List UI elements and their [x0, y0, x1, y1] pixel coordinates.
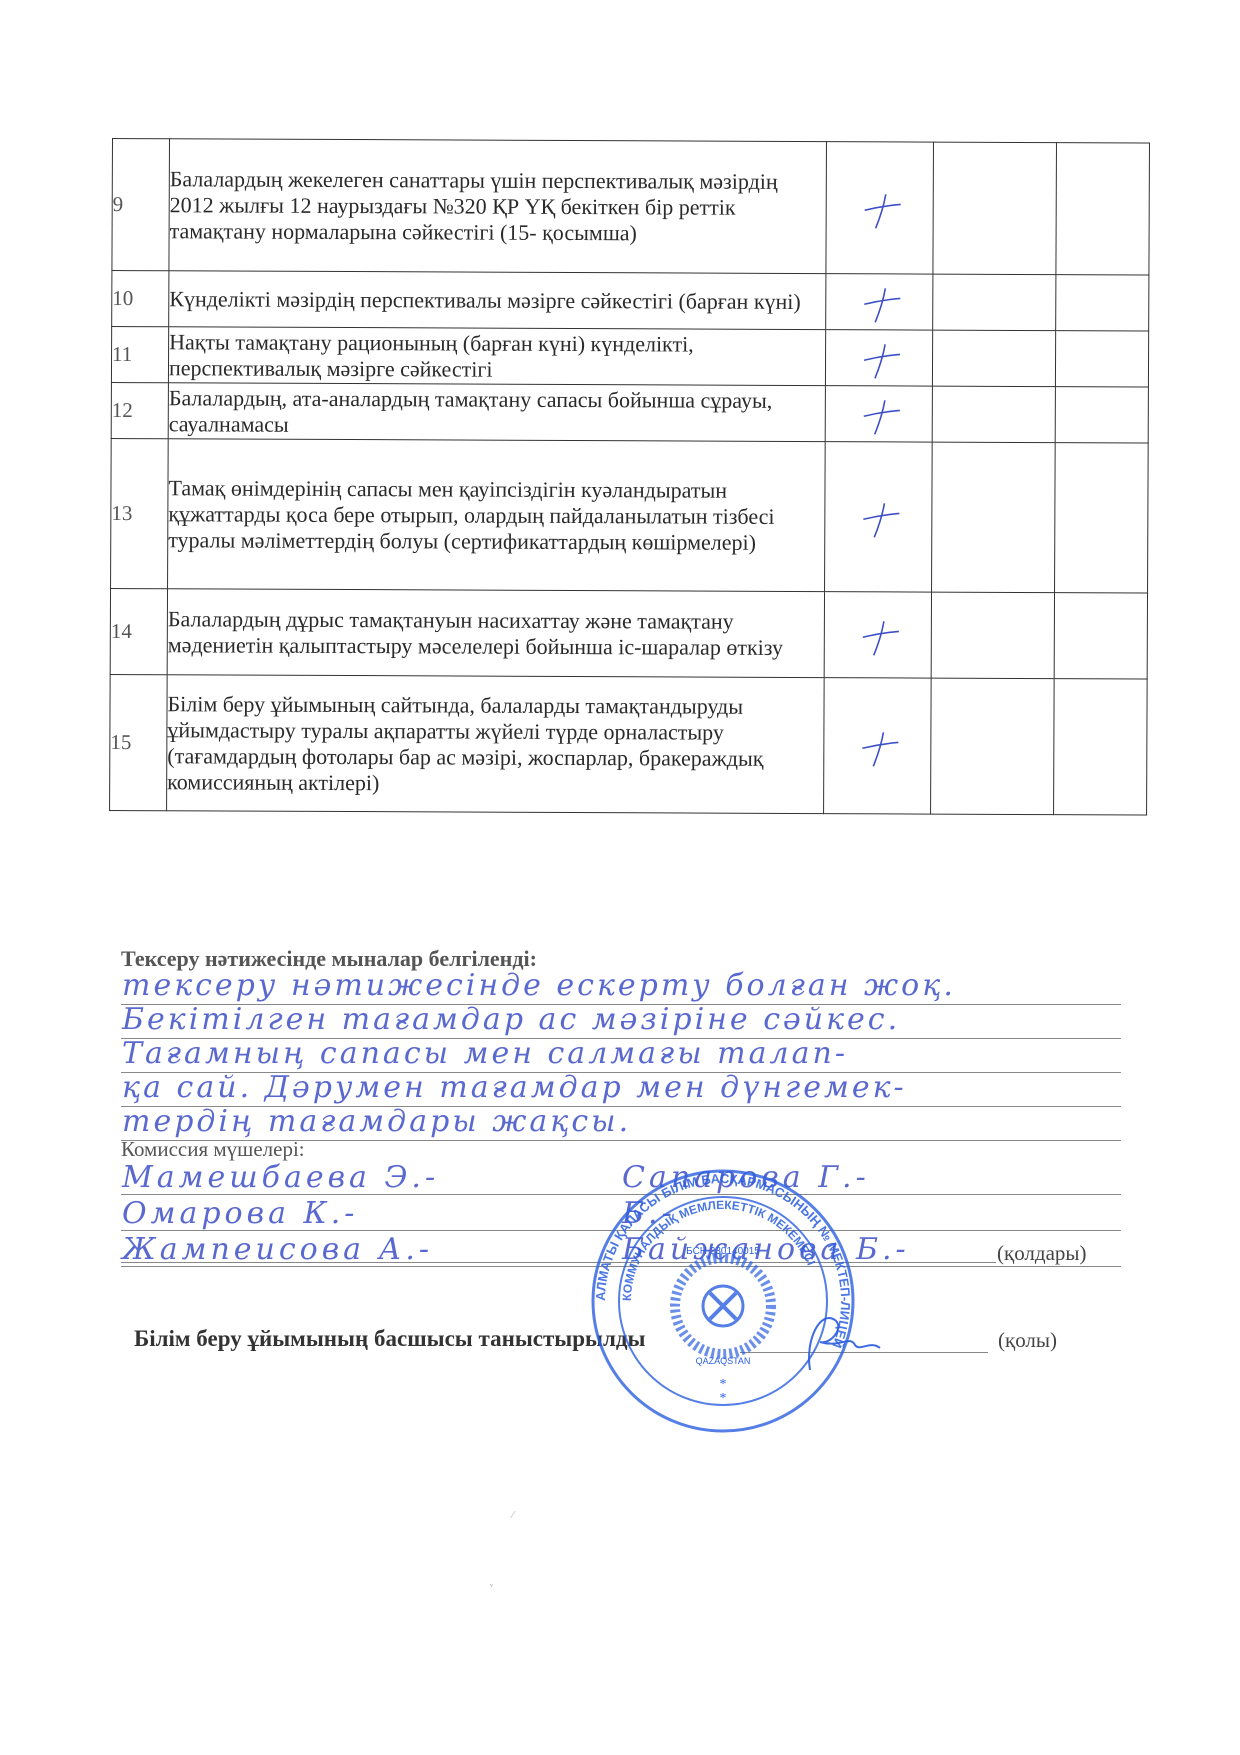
official-stamp: АЛМАТЫ ҚАЛАСЫ БІЛІМ БАСҚАРМАСЫНЫҢ № МЕКТ…	[588, 1166, 858, 1436]
handwritten-result-line: Тағамның сапасы мен салмағы талап-	[122, 1036, 848, 1071]
handwritten-plus-icon	[858, 726, 902, 770]
svg-text:*: *	[720, 1391, 727, 1406]
table-row: 11Нақты тамақтану рационының (барған күн…	[111, 327, 1148, 388]
row-empty-cell	[1055, 331, 1148, 387]
row-empty-cell	[932, 330, 1055, 387]
row-mark-cell	[826, 142, 934, 274]
row-description: Тамақ өнімдерінің сапасы мен қауіпсіздіг…	[168, 439, 826, 592]
row-description: Балалардың жекелеген санаттары үшін перс…	[169, 139, 827, 274]
row-number: 15	[110, 674, 168, 810]
scan-artifact: ⁄	[512, 1510, 514, 1521]
svg-text:QAZAQSTAN: QAZAQSTAN	[696, 1356, 751, 1366]
checklist-table: 9Балалардың жекелеген санаттары үшін пер…	[109, 138, 1150, 816]
row-empty-cell	[932, 442, 1056, 593]
row-mark-cell	[825, 442, 933, 592]
row-empty-cell	[931, 678, 1055, 815]
scan-artifact: ᵥ	[490, 1578, 493, 1589]
document-page: 9Балалардың жекелеген санаттары үшін пер…	[0, 0, 1240, 1755]
row-number: 14	[110, 588, 167, 674]
row-mark-cell	[825, 330, 932, 386]
handwritten-plus-icon	[860, 282, 904, 326]
row-empty-cell	[933, 142, 1057, 275]
handwritten-result-line: тердің тағамдары жақсы.	[122, 1104, 631, 1139]
row-empty-cell	[931, 592, 1054, 679]
row-description: Балалардың, ата-аналардың тамақтану сапа…	[168, 383, 825, 442]
row-empty-cell	[933, 274, 1056, 331]
row-empty-cell	[1056, 275, 1149, 331]
row-empty-cell	[1056, 143, 1150, 275]
row-empty-cell	[1054, 593, 1147, 679]
row-mark-cell	[825, 386, 932, 442]
row-mark-cell	[826, 274, 933, 330]
svg-text:БСН 230140015: БСН 230140015	[686, 1246, 760, 1257]
row-empty-cell	[1055, 387, 1148, 443]
handwritten-plus-icon	[859, 615, 903, 659]
row-empty-cell	[1055, 443, 1149, 593]
handwritten-result-line: тексеру нәтижесінде ескерту болған жоқ.	[122, 968, 956, 1003]
row-mark-cell	[824, 592, 931, 678]
row-description: Нақты тамақтану рационының (барған күні)…	[168, 327, 825, 386]
commission-member-signature: Омарова К.-	[122, 1196, 358, 1231]
handwritten-result-line: қа сай. Дәрумен тағамдар мен дүнгемек-	[122, 1070, 907, 1105]
signatures-caption: (қолдары)	[997, 1241, 1087, 1266]
handwritten-plus-icon	[861, 188, 905, 232]
table-row: 12Балалардың, ата-аналардың тамақтану са…	[111, 382, 1148, 443]
row-mark-cell	[824, 678, 932, 814]
table-row: 15Білім беру ұйымының сайтында, балалард…	[110, 674, 1148, 815]
svg-text:*: *	[720, 1377, 727, 1392]
row-number: 12	[111, 382, 168, 438]
commission-member-signature: Мамешбаева Э.-	[122, 1160, 439, 1195]
head-acknowledged-label: Білім беру ұйымының басшысы таныстырылды	[134, 1326, 646, 1352]
head-signature-caption: (қолы)	[998, 1328, 1057, 1353]
row-number: 13	[111, 438, 169, 588]
row-number: 10	[112, 271, 169, 327]
table-row: 13Тамақ өнімдерінің сапасы мен қауіпсізд…	[111, 438, 1149, 593]
rule-line	[121, 1262, 996, 1263]
table-row: 9Балалардың жекелеген санаттары үшін пер…	[112, 139, 1150, 276]
row-empty-cell	[1054, 679, 1148, 815]
handwritten-plus-icon	[860, 394, 904, 438]
row-number: 11	[111, 327, 168, 383]
row-description: Балалардың дұрыс тамақтануын насихаттау …	[167, 589, 824, 678]
handwritten-result-line: Бекітілген тағамдар ас мәзіріне сәйкес.	[122, 1002, 900, 1037]
row-empty-cell	[932, 386, 1055, 443]
row-description: Білім беру ұйымының сайтында, балаларды …	[167, 675, 825, 814]
table-row: 10Күнделікті мәзірдің перспективалы мәзі…	[112, 271, 1149, 332]
table-row: 14Балалардың дұрыс тамақтануын насихатта…	[110, 588, 1147, 679]
handwritten-plus-icon	[860, 338, 904, 382]
handwritten-plus-icon	[859, 497, 903, 541]
row-number: 9	[112, 139, 170, 271]
commission-label: Комиссия мүшелері:	[121, 1137, 305, 1162]
row-description: Күнделікті мәзірдің перспективалы мәзірг…	[169, 271, 826, 330]
